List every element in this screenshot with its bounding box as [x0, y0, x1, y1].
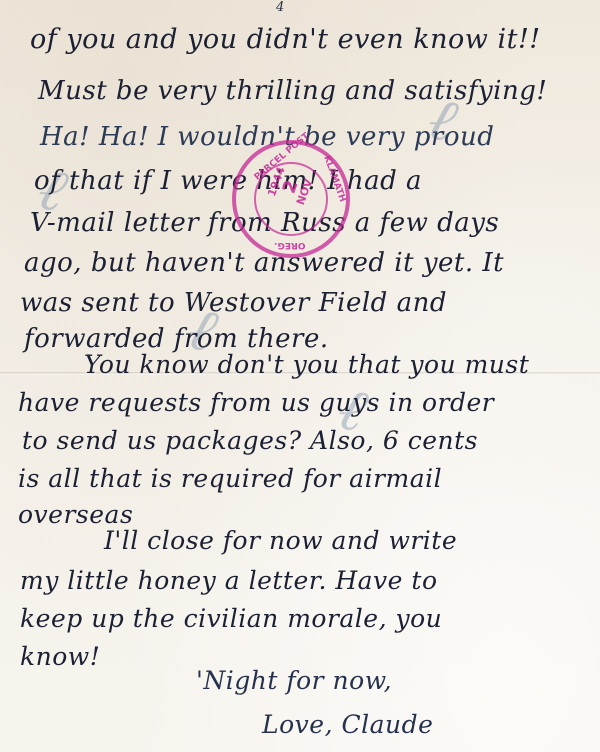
signature: Love, Claude	[262, 710, 433, 739]
page-number: 4	[276, 0, 284, 15]
letter-line: is all that is required for airmail	[18, 464, 442, 493]
letter-line: Must be very thrilling and satisfying!	[38, 76, 547, 106]
letter-line: keep up the civilian morale, you	[20, 604, 442, 633]
letter-line: to send us packages? Also, 6 cents	[22, 426, 478, 455]
letter-line: of you and you didn't even know it!!	[30, 24, 541, 55]
letter-line: my little honey a letter. Have to	[20, 566, 438, 595]
closing-salutation: 'Night for now,	[196, 666, 392, 695]
letter-line: I'll close for now and write	[104, 526, 457, 555]
letter-page: ℓ ℓ ℓ ℓ 4 of you and you didn't even kno…	[0, 0, 600, 752]
letter-line: You know don't you that you must	[84, 350, 529, 379]
letter-line: have requests from us guys in order	[18, 388, 494, 417]
letter-line: of that if I were him! I had a	[34, 166, 422, 196]
letter-line: overseas	[18, 500, 133, 529]
letter-line: was sent to Westover Field and	[20, 288, 447, 318]
letter-line: know!	[20, 642, 100, 671]
postmark-stamp: PARCEL POST KLAMATH OREG. 1944 2 NOV	[232, 140, 350, 258]
postmark-text-bottom: OREG.	[274, 240, 306, 250]
